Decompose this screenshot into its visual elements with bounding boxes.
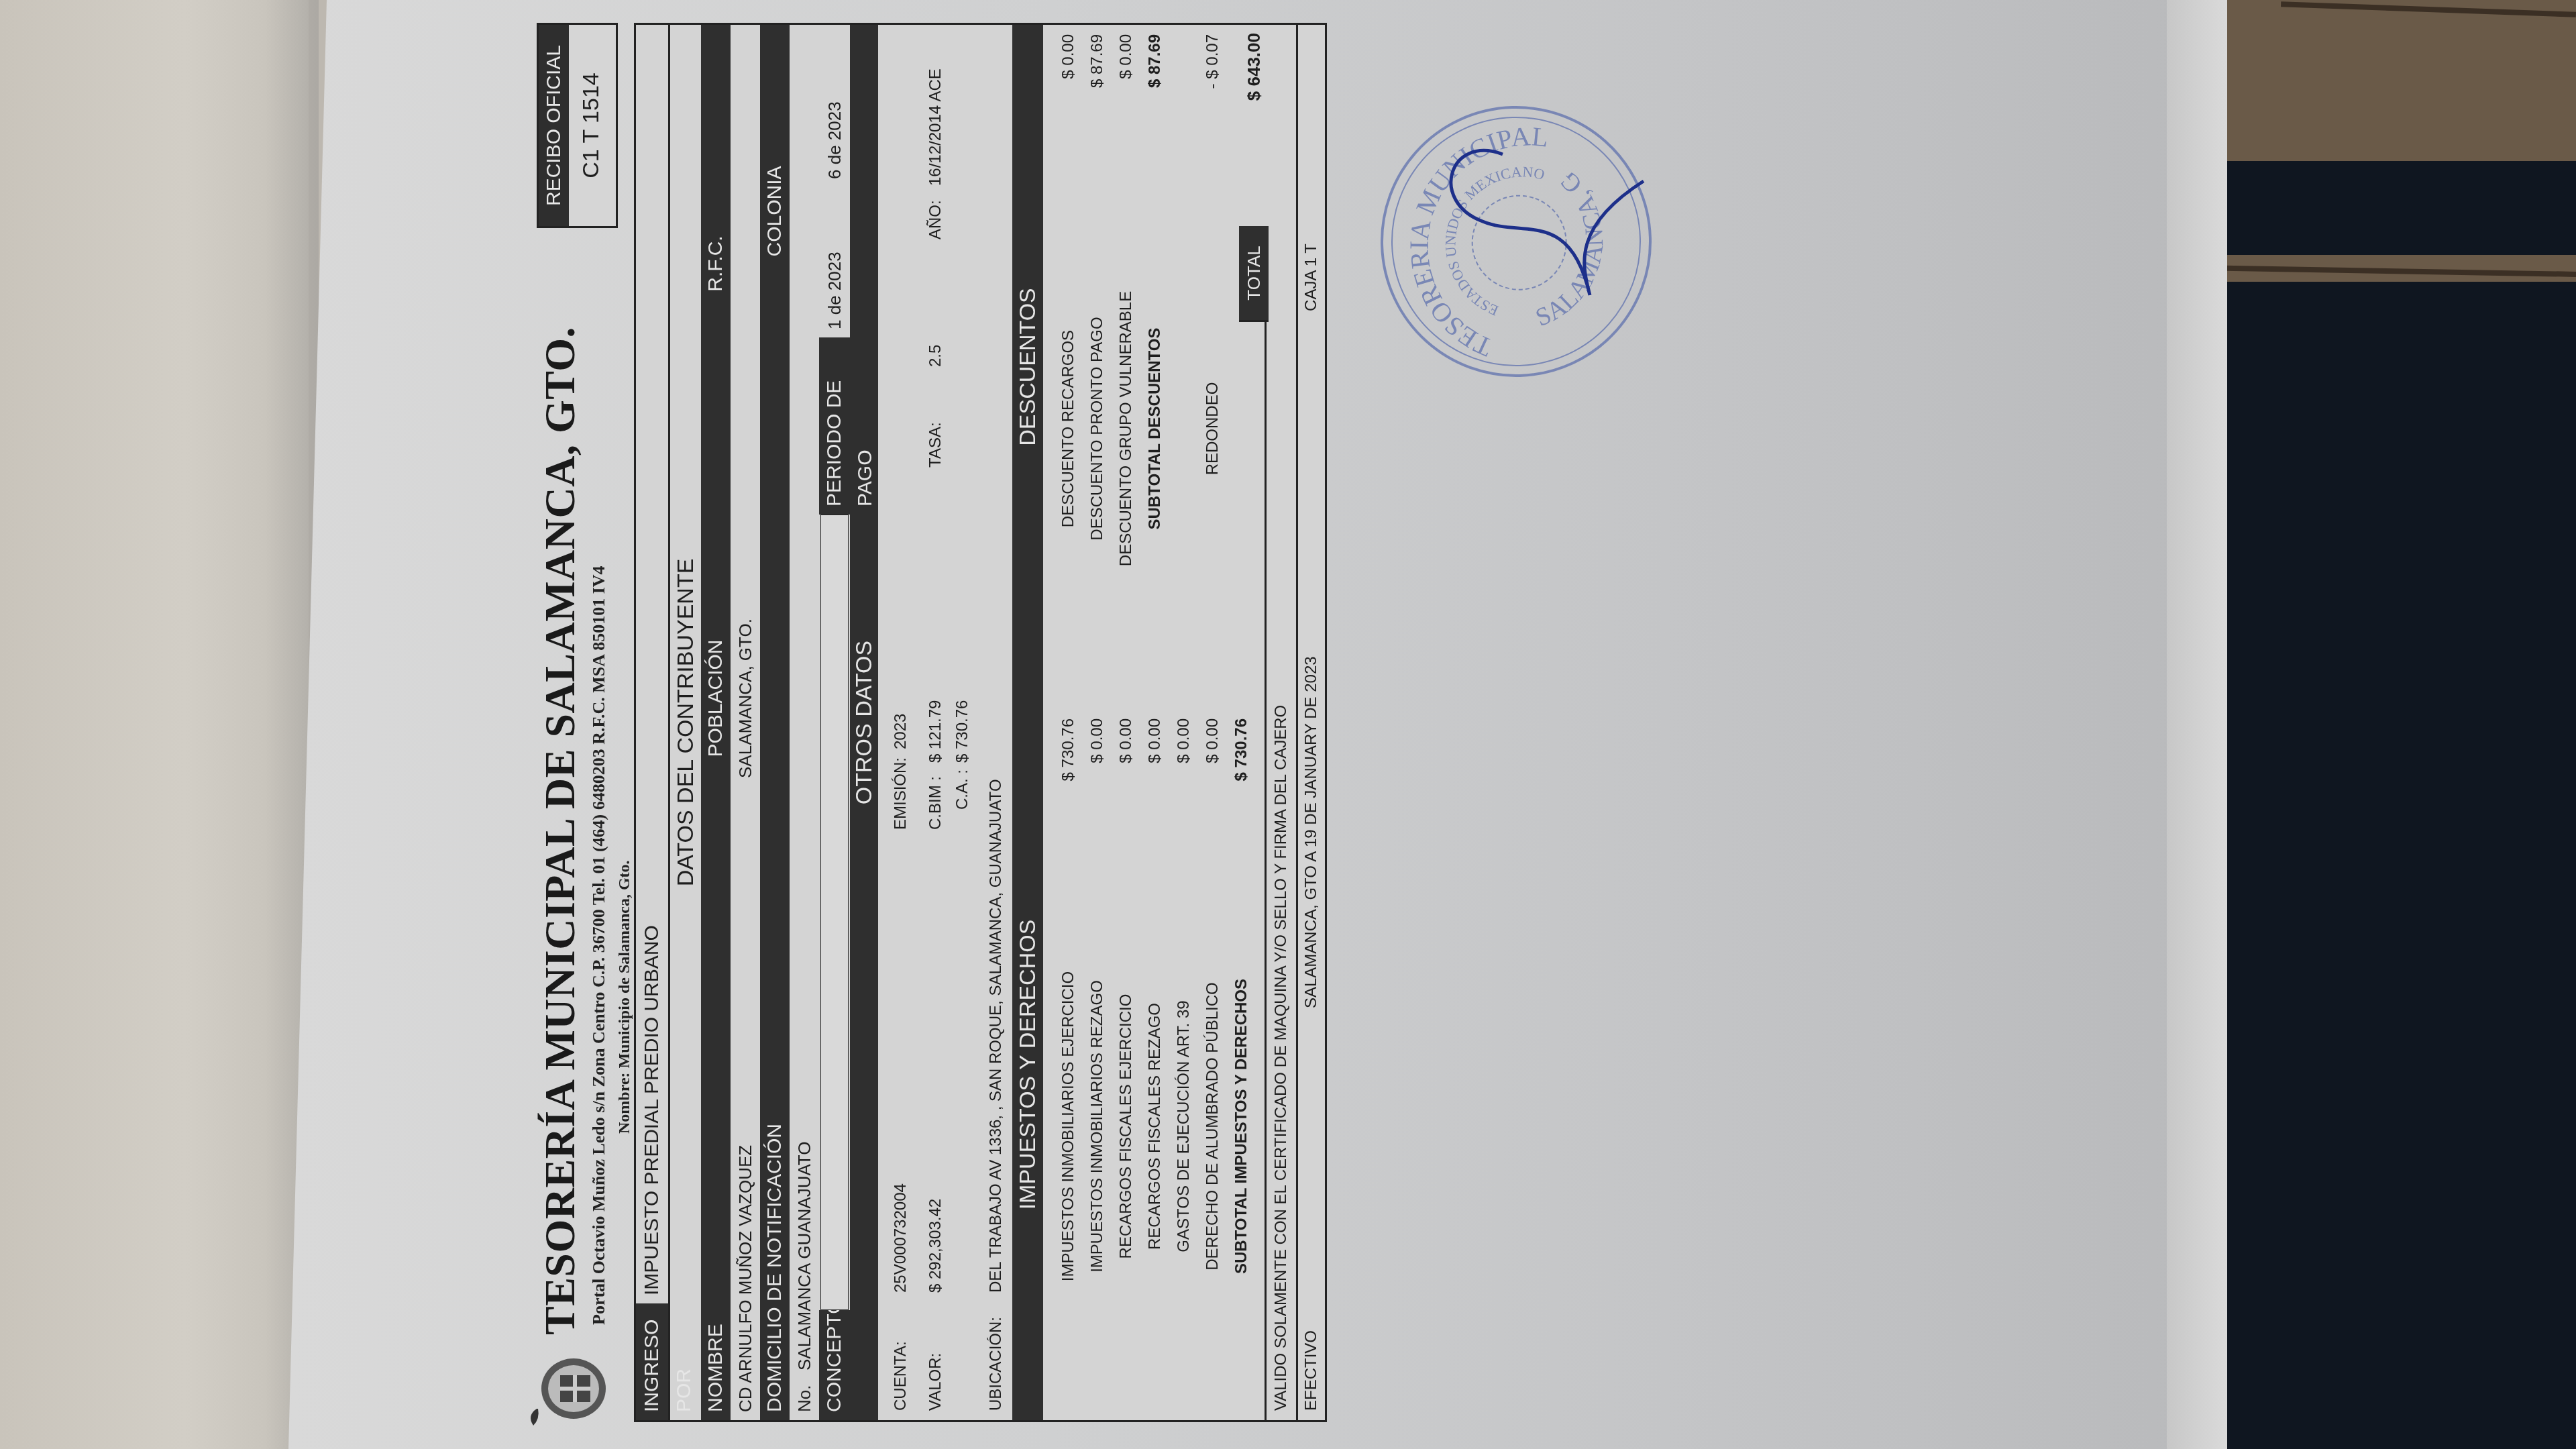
concept-value xyxy=(820,515,849,1310)
rate-label: TASA: xyxy=(926,422,945,468)
line-item: IMPUESTOS INMOBILIARIOS EJERCICIO$ 730.7… xyxy=(1054,709,1083,1420)
line-item-label: RECARGOS FISCALES REZAGO xyxy=(1146,833,1165,1420)
other-data-block: CUENTA: 25V000732004 EMISIÓN: 2023 VALOR… xyxy=(878,25,1012,1420)
population-label: POBLACIÓN xyxy=(704,502,727,894)
line-item: SUBTOTAL IMPUESTOS Y DERECHOS$ 730.76 xyxy=(1227,709,1256,1420)
line-item: DESCUENTO GRUPO VULNERABLE$ 0.00 xyxy=(1112,25,1140,709)
line-item: REDONDEO- $ 0.07 xyxy=(1198,25,1227,709)
line-item-amount: $ 0.00 xyxy=(1117,709,1136,833)
dark-fabric xyxy=(2200,161,2576,255)
issuer-title: TESORERÍA MUNICIPAL DE SALAMANCA, GTO. xyxy=(535,327,585,1335)
taxes-discounts-header: IMPUESTOS Y DERECHOS DESCUENTOS xyxy=(1012,25,1043,1420)
taxpayer-values-row: CD ARNULFO MUÑOZ VAZQUEZ SALAMANCA, GTO. xyxy=(731,25,760,1420)
ca-value: $ 730.76 xyxy=(953,700,972,763)
value-label: VALOR: xyxy=(926,1353,945,1411)
name-label: NOMBRE xyxy=(704,894,727,1420)
line-item-amount: - $ 0.07 xyxy=(1203,25,1222,148)
cbim-value: $ 121.79 xyxy=(926,700,945,763)
address-values-row: No. SALAMANCA GUANAJUATO xyxy=(790,25,819,1420)
line-item: RECARGOS FISCALES REZAGO$ 0.00 xyxy=(1140,709,1169,1420)
line-item-amount: $ 87.69 xyxy=(1146,25,1165,148)
period-from: 1 de 2023 xyxy=(824,187,845,337)
period-to: 6 de 2023 xyxy=(824,93,845,187)
receipt-table: INGRESO POR IMPUESTO PREDIAL PREDIO URBA… xyxy=(634,23,1327,1422)
line-item-amount: $ 87.69 xyxy=(1088,25,1107,148)
notification-address: SALAMANCA GUANAJUATO xyxy=(794,1142,815,1371)
taxpayer-header-row: NOMBRE POBLACIÓN R.F.C. xyxy=(701,25,731,1420)
taxpayer-population: SALAMANCA, GTO. xyxy=(735,502,756,894)
taxes-section-title: IMPUESTOS Y DERECHOS xyxy=(1015,709,1041,1420)
municipality-name: Nombre: Municipio de Salamanca, Gto. xyxy=(616,860,634,1134)
line-item-amount: $ 0.00 xyxy=(1175,709,1193,833)
municipal-coat-of-arms-icon xyxy=(523,1348,610,1429)
footer-row: EFECTIVO SALAMANCA, GTO A 19 DE JANUARY … xyxy=(1296,25,1325,1420)
year-value: 16/12/2014 ACE xyxy=(926,68,945,186)
line-item: DERECHO DE ALUMBRADO PÚBLICO$ 0.00 xyxy=(1198,709,1227,1420)
rfc-label: R.F.C. xyxy=(704,25,727,502)
line-item-amount: $ 0.00 xyxy=(1088,709,1107,833)
taxes-discounts-body: IMPUESTOS INMOBILIARIOS EJERCICIO$ 730.7… xyxy=(1043,25,1265,1420)
address-header-row: DOMICILIO DE NOTIFICACIÓN COLONIA xyxy=(760,25,790,1420)
line-item-label: DESCUENTO GRUPO VULNERABLE xyxy=(1117,148,1136,709)
ca-label: C.A. : xyxy=(953,769,972,810)
floor-tiles-right xyxy=(2200,0,2576,1449)
line-item-label: RECARGOS FISCALES EJERCICIO xyxy=(1117,833,1136,1420)
rate-value: 2.5 xyxy=(926,345,945,367)
cash-register: CAJA 1 T xyxy=(1302,244,1321,579)
concept-row: CONCEPTO PERIODO DE PAGO 1 de 2023 6 de … xyxy=(819,25,850,1420)
line-item-amount: $ 730.76 xyxy=(1059,709,1078,833)
line-item xyxy=(1169,25,1198,709)
concept-label: CONCEPTO xyxy=(819,1310,850,1420)
payment-method: EFECTIVO xyxy=(1302,1008,1321,1420)
issuer-address: Portal Octavio Muñoz Ledo s/n Zona Centr… xyxy=(589,566,609,1325)
signature-stroke xyxy=(1451,150,1644,295)
total-amount: $ 643.00 xyxy=(1239,25,1269,226)
cbim-label: C.BIM : xyxy=(926,776,945,830)
taxes-list: IMPUESTOS INMOBILIARIOS EJERCICIO$ 730.7… xyxy=(1043,709,1256,1420)
location-label: UBICACIÓN: xyxy=(987,1317,1006,1411)
official-receipt: TESORERÍA MUNICIPAL DE SALAMANCA, GTO. P… xyxy=(523,20,1368,1429)
taxpayer-name: CD ARNULFO MUÑOZ VAZQUEZ xyxy=(735,894,756,1420)
receipt-number: C1 T 1514 xyxy=(569,25,614,226)
line-item-amount: $ 0.00 xyxy=(1146,709,1165,833)
dark-fabric xyxy=(2200,282,2576,1449)
line-item: IMPUESTOS INMOBILIARIOS REZAGO$ 0.00 xyxy=(1083,709,1112,1420)
place: SALAMANCA, GTO A xyxy=(1302,847,1321,1008)
number-label: No. xyxy=(794,1371,815,1420)
payment-date: 19 DE JANUARY DE 2023 xyxy=(1302,579,1321,847)
receipt-stage: TESORERÍA MUNICIPAL DE SALAMANCA, GTO. P… xyxy=(523,20,1368,1429)
year-label: AÑO: xyxy=(926,200,945,239)
line-item-amount: $ 0.00 xyxy=(1059,25,1078,148)
account-value: 25V000732004 xyxy=(892,1183,910,1293)
emission-value: 2023 xyxy=(892,714,910,749)
validity-notice: VALIDO SOLAMENTE CON EL CERTIFICADO DE M… xyxy=(1265,25,1296,1420)
line-item-label: SUBTOTAL IMPUESTOS Y DERECHOS xyxy=(1232,833,1251,1420)
other-data-section-title: OTROS DATOS xyxy=(850,25,878,1420)
line-item: DESCUENTO RECARGOS$ 0.00 xyxy=(1054,25,1083,709)
account-label: CUENTA: xyxy=(892,1341,910,1411)
colonia-label: COLONIA xyxy=(763,25,786,398)
receipt-label: RECIBO OFICIAL xyxy=(539,25,569,226)
line-item-label: REDONDEO xyxy=(1203,148,1222,709)
line-item-amount: $ 0.00 xyxy=(1203,709,1222,833)
line-item: RECARGOS FISCALES EJERCICIO$ 0.00 xyxy=(1112,709,1140,1420)
line-item-label: DESCUENTO PRONTO PAGO xyxy=(1088,148,1107,709)
line-item-amount: $ 730.76 xyxy=(1232,709,1251,833)
line-item-label: DESCUENTO RECARGOS xyxy=(1059,148,1078,709)
line-item-amount: $ 0.00 xyxy=(1117,25,1136,148)
paper-right-edge xyxy=(2167,0,2227,1449)
payment-period-label: PERIODO DE PAGO xyxy=(819,337,850,515)
total-label: TOTAL xyxy=(1239,226,1269,320)
location-value: DEL TRABAJO AV 1336, , SAN ROQUE, SALAMA… xyxy=(987,779,1006,1293)
tile-seam xyxy=(2281,1,2576,17)
discounts-section-title: DESCUENTOS xyxy=(1015,25,1041,709)
taxpayer-section-title: DATOS DEL CONTRIBUYENTE xyxy=(668,25,701,1420)
line-item: SUBTOTAL DESCUENTOS$ 87.69 xyxy=(1140,25,1169,709)
line-item-label: IMPUESTOS INMOBILIARIOS REZAGO xyxy=(1088,833,1107,1420)
tile-seam xyxy=(2200,265,2576,277)
income-row: INGRESO POR IMPUESTO PREDIAL PREDIO URBA… xyxy=(636,25,668,1420)
line-item-label: IMPUESTOS INMOBILIARIOS EJERCICIO xyxy=(1059,833,1078,1420)
municipal-seal-stamp-icon: TESORERIA MUNICIPAL ESTADOS UNIDOS MEXIC… xyxy=(1368,94,1664,389)
line-item-label: GASTOS DE EJECUCIÓN ART. 39 xyxy=(1175,833,1193,1420)
receipt-number-box: RECIBO OFICIAL C1 T 1514 xyxy=(537,23,618,228)
income-label: INGRESO POR xyxy=(636,1303,668,1420)
floor-background-left xyxy=(0,0,309,1449)
property-value: $ 292,303.42 xyxy=(926,1199,945,1293)
discounts-list: DESCUENTO RECARGOS$ 0.00DESCUENTO PRONTO… xyxy=(1043,25,1227,709)
total-box: TOTAL $ 643.00 xyxy=(1239,25,1269,322)
income-value: IMPUESTO PREDIAL PREDIO URBANO xyxy=(636,917,668,1303)
line-item: GASTOS DE EJECUCIÓN ART. 39$ 0.00 xyxy=(1169,709,1198,1420)
line-item-label: DERECHO DE ALUMBRADO PÚBLICO xyxy=(1203,833,1222,1420)
line-item-label: SUBTOTAL DESCUENTOS xyxy=(1146,148,1165,709)
line-item: DESCUENTO PRONTO PAGO$ 87.69 xyxy=(1083,25,1112,709)
emission-label: EMISIÓN: xyxy=(892,757,910,830)
notification-address-label: DOMICILIO DE NOTIFICACIÓN xyxy=(763,398,786,1420)
